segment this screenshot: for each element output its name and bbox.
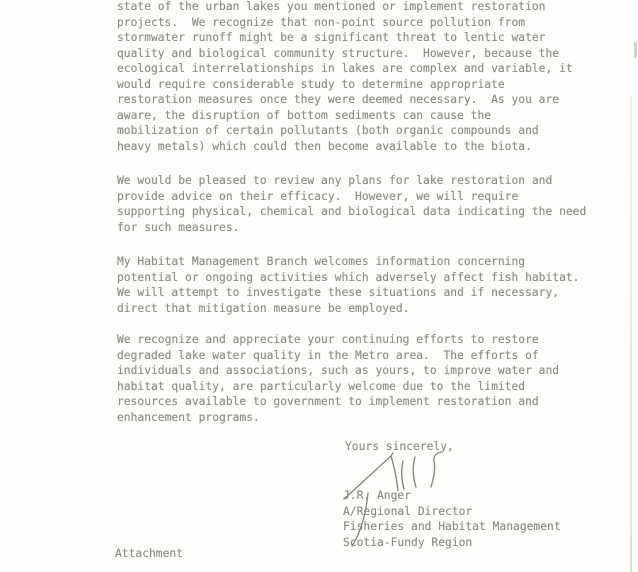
letter-paragraph-4: We recognize and appreciate your continu… [117,332,559,425]
signatory-name: J.R. Anger [343,488,561,504]
signatory-region: Scotia-Fundy Region [343,535,561,551]
scanned-letter-page: state of the urban lakes you mentioned o… [0,0,638,572]
letter-line: supporting physical, chemical and biolog… [117,204,586,220]
signatory-branch: Fisheries and Habitat Management [343,519,561,535]
scan-artifact-line [630,95,632,572]
letter-line: state of the urban lakes you mentioned o… [117,0,573,15]
letter-line: stormwater runoff might be a significant… [117,30,573,46]
closing-salutation: Yours sincerely, [345,440,454,453]
letter-line: degraded lake water quality in the Metro… [117,348,559,364]
letter-line: We would be pleased to review any plans … [117,173,586,189]
letter-paragraph-2: We would be pleased to review any plans … [117,173,586,235]
letter-line: habitat quality, are particularly welcom… [117,379,559,395]
letter-line: potential or ongoing activities which ad… [117,270,580,286]
attachment-note: Attachment [115,547,183,560]
letter-line: heavy metals) which could then become av… [117,139,573,155]
signature-block: J.R. Anger A/Regional Director Fisheries… [343,488,561,550]
letter-line: projects. We recognize that non-point so… [117,15,573,31]
scan-artifact-dash [634,42,637,58]
letter-line: We will attempt to investigate these sit… [117,285,580,301]
letter-paragraph-3: My Habitat Management Branch welcomes in… [117,254,580,316]
letter-paragraph-1: state of the urban lakes you mentioned o… [117,0,573,154]
signatory-title: A/Regional Director [343,504,561,520]
letter-line: for such measures. [117,220,586,236]
letter-line: provide advice on their efficacy. Howeve… [117,189,586,205]
letter-line: restoration measures once they were deem… [117,92,573,108]
letter-line: mobilization of certain pollutants (both… [117,123,573,139]
letter-line: direct that mitigation measure be employ… [117,301,580,317]
letter-line: quality and biological community structu… [117,46,573,62]
letter-line: individuals and associations, such as yo… [117,363,559,379]
letter-line: resources available to government to imp… [117,394,559,410]
letter-line: ecological interrelationships in lakes a… [117,61,573,77]
letter-line: aware, the disruption of bottom sediment… [117,108,573,124]
letter-line: enhancement programs. [117,410,559,426]
letter-line: We recognize and appreciate your continu… [117,332,559,348]
letter-line: would require considerable study to dete… [117,77,573,93]
letter-line: My Habitat Management Branch welcomes in… [117,254,580,270]
